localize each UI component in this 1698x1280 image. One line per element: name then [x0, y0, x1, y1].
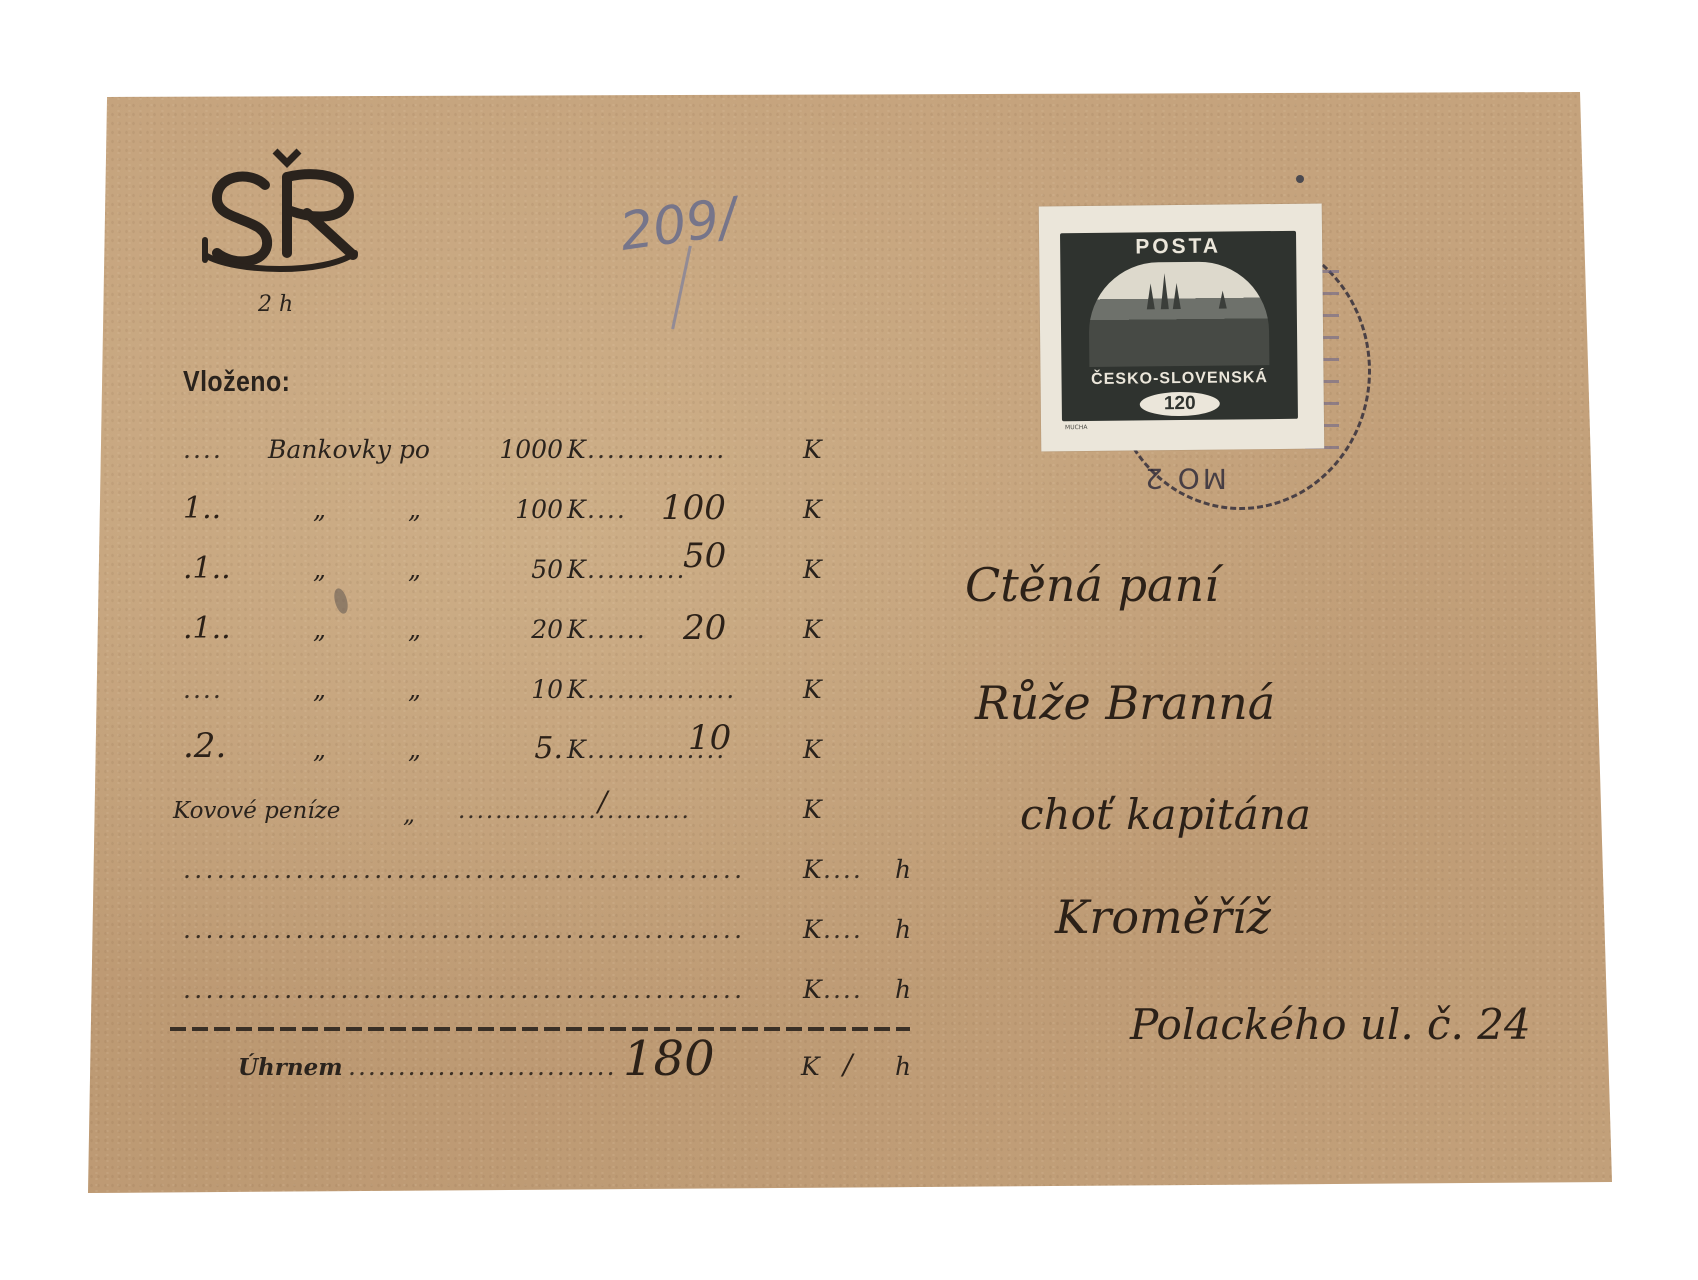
form-row-coins: Kovové peníze „ ........................…	[173, 788, 903, 828]
k-unit: K	[803, 915, 822, 944]
end-unit: K	[803, 495, 822, 524]
form-row-total: Úhrnem ........................... 180 K…	[183, 1045, 913, 1085]
leader: ........................................…	[183, 855, 745, 884]
denomination: 5.	[468, 731, 563, 766]
postmark-text: MO 2	[1142, 462, 1227, 495]
row-label: Kovové peníze	[173, 798, 340, 824]
stamp-engraver: MUCHA	[1065, 424, 1087, 431]
qty-field: .1..	[183, 551, 231, 586]
address-line-street: Polackého ul. č. 24	[1130, 1000, 1531, 1049]
denomination: 20	[468, 615, 563, 644]
qty-field: ....	[183, 435, 223, 464]
ditto-mark: „	[313, 675, 326, 704]
k-unit: K	[803, 855, 822, 884]
amount-field: 100	[661, 488, 726, 528]
postage-stamp: POSTA ČESKO-SLOVENSKÁ 120 MUCHA	[1039, 204, 1325, 452]
h-leader: ....	[823, 975, 863, 1004]
form-heading: Vloženo:	[183, 366, 290, 399]
unit: K	[567, 615, 586, 644]
ditto-mark: „	[408, 675, 421, 704]
form-row-20: .1.. „ „ 20 K ...... 20 K	[183, 608, 913, 648]
ditto-mark: „	[403, 802, 415, 828]
k-unit: K	[801, 1052, 820, 1081]
leader: ...............	[587, 675, 736, 704]
form-row-blank: ........................................…	[183, 908, 913, 948]
form-row-blank: ........................................…	[183, 968, 913, 1008]
ditto-mark: „	[313, 615, 326, 644]
leader: ....	[587, 495, 627, 524]
ink-dot	[1296, 175, 1304, 183]
leader: ........................................…	[183, 915, 745, 944]
address-line-city: Kroměříž	[1055, 890, 1271, 944]
form-row-50: .1.. „ „ 50 K .......... 50 K	[183, 548, 913, 588]
total-label: Úhrnem	[238, 1054, 343, 1081]
leader: ...........................	[348, 1052, 617, 1081]
stamp-value: 120	[1140, 392, 1220, 417]
monogram-logo: SČR	[195, 145, 375, 275]
row-label: Bankovky po	[268, 435, 430, 464]
end-unit: K	[803, 735, 822, 764]
total-divider	[170, 1027, 910, 1031]
h-leader: ....	[823, 915, 863, 944]
denomination: 10	[468, 675, 563, 704]
end-unit: K	[803, 795, 822, 824]
qty-field: .1..	[183, 611, 231, 646]
amount-field: /	[598, 785, 607, 818]
leader: ..............	[587, 435, 726, 464]
end-unit: K	[803, 615, 822, 644]
unit: K	[567, 675, 586, 704]
amount-field: 20	[683, 608, 726, 648]
qty-field: .2.	[183, 726, 226, 766]
leader: .........................	[458, 798, 691, 824]
ditto-mark: „	[408, 555, 421, 584]
k-unit: K	[803, 975, 822, 1004]
h-amount: /	[843, 1048, 852, 1081]
amount-field: 50	[683, 536, 726, 576]
unit: K	[567, 555, 586, 584]
address-line-salutation: Ctěná paní	[965, 558, 1219, 612]
stamp-top-text: POSTA	[1060, 234, 1296, 260]
ditto-mark: „	[313, 495, 326, 524]
h-unit: h	[895, 975, 911, 1004]
denomination: 100	[468, 495, 563, 524]
ditto-mark: „	[408, 615, 421, 644]
stamp-castle-scene	[1088, 261, 1269, 367]
leader: ......	[587, 615, 647, 644]
denomination: 1000	[468, 435, 563, 464]
h-unit: h	[895, 855, 911, 884]
ditto-mark: „	[408, 735, 421, 764]
unit: K	[567, 735, 586, 764]
leader: ........................................…	[183, 975, 745, 1004]
stamp-country-text: ČESKO-SLOVENSKÁ	[1067, 369, 1291, 391]
h-unit: h	[895, 1052, 911, 1081]
total-amount: 180	[623, 1031, 715, 1087]
form-row-5: .2. „ „ 5. K .............. 10 K	[183, 728, 913, 768]
h-unit: h	[895, 915, 911, 944]
ditto-mark: „	[313, 735, 326, 764]
form-row-10: .... „ „ 10 K ............... K	[183, 668, 913, 708]
h-leader: ....	[823, 855, 863, 884]
end-unit: K	[803, 435, 822, 464]
form-row-100: 1.. „ „ 100 K .... 100 K	[183, 488, 913, 528]
amount-field: 10	[688, 718, 731, 758]
unit: K	[567, 495, 586, 524]
ditto-mark: „	[408, 495, 421, 524]
end-unit: K	[803, 675, 822, 704]
stamp-frame: POSTA ČESKO-SLOVENSKÁ 120	[1060, 231, 1298, 421]
form-row-1000: .... Bankovky po 1000 K .............. K	[183, 428, 913, 468]
price-label: 2 h	[258, 292, 293, 317]
denomination: 50	[468, 555, 563, 584]
unit: K	[567, 435, 586, 464]
leader: ..........	[587, 555, 686, 584]
qty-field: 1..	[183, 491, 221, 526]
form-row-blank: ........................................…	[183, 848, 913, 888]
ditto-mark: „	[313, 555, 326, 584]
address-line-title: choť kapitána	[1020, 790, 1311, 839]
end-unit: K	[803, 555, 822, 584]
address-line-name: Růže Branná	[975, 676, 1275, 730]
qty-field: ....	[183, 675, 223, 704]
